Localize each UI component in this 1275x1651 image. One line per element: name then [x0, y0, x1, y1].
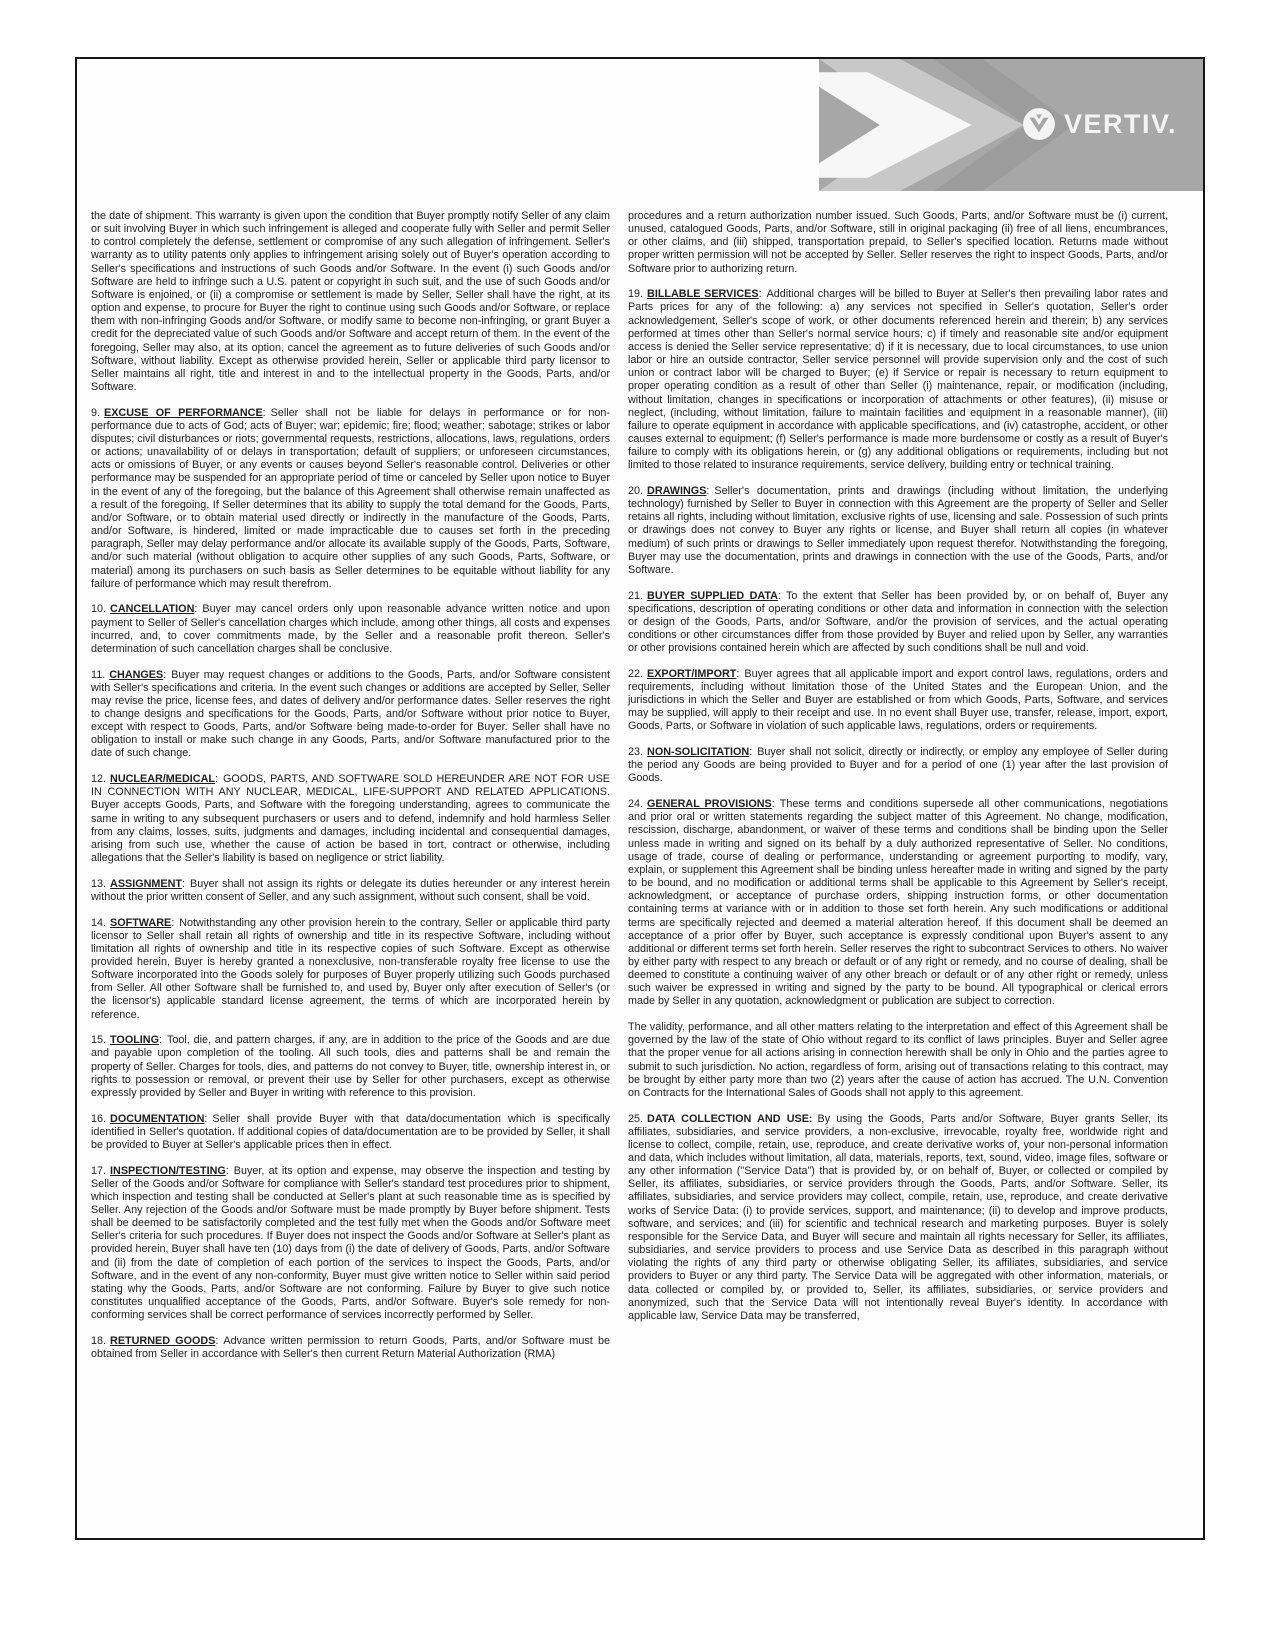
section-colon: : — [706, 485, 709, 497]
section-heading: ASSIGNMENT — [110, 878, 182, 890]
section-heading: NUCLEAR/MEDICAL — [110, 773, 215, 785]
section-heading: DOCUMENTATION — [110, 1113, 204, 1125]
intro-paragraph-continued: the date of shipment. This warranty is g… — [91, 210, 610, 394]
section-number: 21. — [628, 590, 643, 602]
section-18-returned-goods: 18.RETURNED GOODS:Advance written permis… — [91, 1335, 610, 1361]
section-colon: : — [215, 1335, 218, 1347]
section-body: Seller shall not be liable for delays in… — [91, 407, 610, 590]
section-colon: : — [759, 288, 762, 300]
section-number: 20. — [628, 485, 643, 497]
section-number: 25. — [628, 1113, 643, 1125]
section-number: 17. — [91, 1165, 106, 1177]
section-colon: : — [204, 1113, 207, 1125]
left-column: the date of shipment. This warranty is g… — [91, 210, 610, 1361]
section-body: Additional charges will be billed to Buy… — [628, 288, 1168, 471]
section-colon: : — [182, 878, 185, 890]
section-body: Buyer, at its option and expense, may ob… — [91, 1165, 610, 1322]
section-heading: TOOLING — [110, 1034, 159, 1046]
section-heading: EXCUSE OF PERFORMANCE — [104, 407, 263, 419]
section-24-general-provisions: 24.GENERAL PROVISIONS:These terms and co… — [628, 798, 1168, 1009]
section-22-export-import: 22.EXPORT/IMPORT:Buyer agrees that all a… — [628, 668, 1168, 734]
section-13-assignment: 13.ASSIGNMENT:Buyer shall not assign its… — [91, 878, 610, 904]
section-15-tooling: 15.TOOLING:Tool, die, and pattern charge… — [91, 1034, 610, 1100]
section-10-cancellation: 10.CANCELLATION:Buyer may cancel orders … — [91, 603, 610, 656]
section-number: 15. — [91, 1034, 106, 1046]
section-14-software: 14.SOFTWARE:Notwithstanding any other pr… — [91, 917, 610, 1022]
section-number: 11. — [91, 669, 105, 681]
section-number: 22. — [628, 668, 643, 680]
vertiv-logo: VERTIV. — [1022, 107, 1177, 141]
section-number: 10. — [91, 603, 106, 615]
section-colon: : — [159, 1034, 162, 1046]
section-heading: SOFTWARE — [110, 917, 171, 929]
right-column: procedures and a return authorization nu… — [628, 210, 1168, 1323]
section-20-drawings: 20.DRAWINGS:Seller's documentation, prin… — [628, 485, 1168, 577]
section-colon: : — [736, 668, 739, 680]
section-23-non-solicitation: 23.NON-SOLICITATION:Buyer shall not soli… — [628, 746, 1168, 785]
paragraph-text: procedures and a return authorization nu… — [628, 210, 1168, 275]
section-body: GOODS, PARTS, AND SOFTWARE SOLD HEREUNDE… — [91, 773, 610, 864]
section-body: By using the Goods, Parts and/or Softwar… — [628, 1113, 1168, 1322]
brand-wordmark: VERTIV. — [1064, 109, 1177, 140]
section-heading: DATA COLLECTION AND USE: — [647, 1113, 813, 1125]
section-17-inspection-testing: 17.INSPECTION/TESTING:Buyer, at its opti… — [91, 1165, 610, 1323]
document-page: VERTIV. the date of shipment. This warra… — [75, 57, 1205, 1540]
section-body: Buyer may request changes or additions t… — [91, 669, 610, 760]
section-9-excuse-of-performance: 9.EXCUSE OF PERFORMANCE:Seller shall not… — [91, 407, 610, 591]
section-colon: : — [171, 917, 174, 929]
section-heading: CHANGES — [109, 669, 163, 681]
section-heading: NON-SOLICITATION — [647, 746, 749, 758]
section-number: 16. — [91, 1113, 106, 1125]
section-21-buyer-supplied-data: 21.BUYER SUPPLIED DATA:To the extent tha… — [628, 590, 1168, 656]
section-colon: : — [226, 1165, 229, 1177]
section-number: 14. — [91, 917, 106, 929]
returned-goods-continued-paragraph: procedures and a return authorization nu… — [628, 210, 1168, 276]
governing-law-paragraph: The validity, performance, and all other… — [628, 1021, 1168, 1100]
section-number: 9. — [91, 407, 100, 419]
section-colon: : — [778, 590, 781, 602]
section-heading: INSPECTION/TESTING — [110, 1165, 226, 1177]
section-number: 12. — [91, 773, 106, 785]
section-colon: : — [772, 798, 775, 810]
header-banner: VERTIV. — [819, 59, 1203, 191]
section-heading: BILLABLE SERVICES — [647, 288, 759, 300]
section-number: 24. — [628, 798, 643, 810]
section-heading: CANCELLATION — [110, 603, 194, 615]
section-heading: GENERAL PROVISIONS — [647, 798, 772, 810]
section-colon: : — [163, 669, 166, 681]
paragraph-text: The validity, performance, and all other… — [628, 1021, 1168, 1099]
section-25-data-collection-and-use: 25.DATA COLLECTION AND USE:By using the … — [628, 1113, 1168, 1324]
section-number: 18. — [91, 1335, 106, 1347]
section-11-changes: 11.CHANGES:Buyer may request changes or … — [91, 669, 610, 761]
section-body: Tool, die, and pattern charges, if any, … — [91, 1034, 610, 1099]
section-12-nuclear-medical: 12.NUCLEAR/MEDICAL:GOODS, PARTS, AND SOF… — [91, 773, 610, 865]
section-heading: BUYER SUPPLIED DATA — [647, 590, 778, 602]
section-heading: DRAWINGS — [647, 485, 706, 497]
section-colon: : — [194, 603, 197, 615]
section-colon: : — [263, 407, 266, 419]
section-heading: EXPORT/IMPORT — [647, 668, 736, 680]
section-number: 19. — [628, 288, 643, 300]
paragraph-text: the date of shipment. This warranty is g… — [91, 210, 610, 393]
section-body: Seller's documentation, prints and drawi… — [628, 485, 1168, 576]
section-body: These terms and conditions supersede all… — [628, 798, 1168, 1007]
section-19-billable-services: 19.BILLABLE SERVICES:Additional charges … — [628, 288, 1168, 472]
section-colon: : — [749, 746, 752, 758]
section-heading: RETURNED GOODS — [110, 1335, 215, 1347]
vertiv-checkmark-icon — [1022, 107, 1056, 141]
section-colon: : — [215, 773, 218, 785]
section-number: 23. — [628, 746, 643, 758]
section-16-documentation: 16.DOCUMENTATION:Seller shall provide Bu… — [91, 1113, 610, 1152]
section-body: Notwithstanding any other provision here… — [91, 917, 610, 1021]
section-number: 13. — [91, 878, 106, 890]
